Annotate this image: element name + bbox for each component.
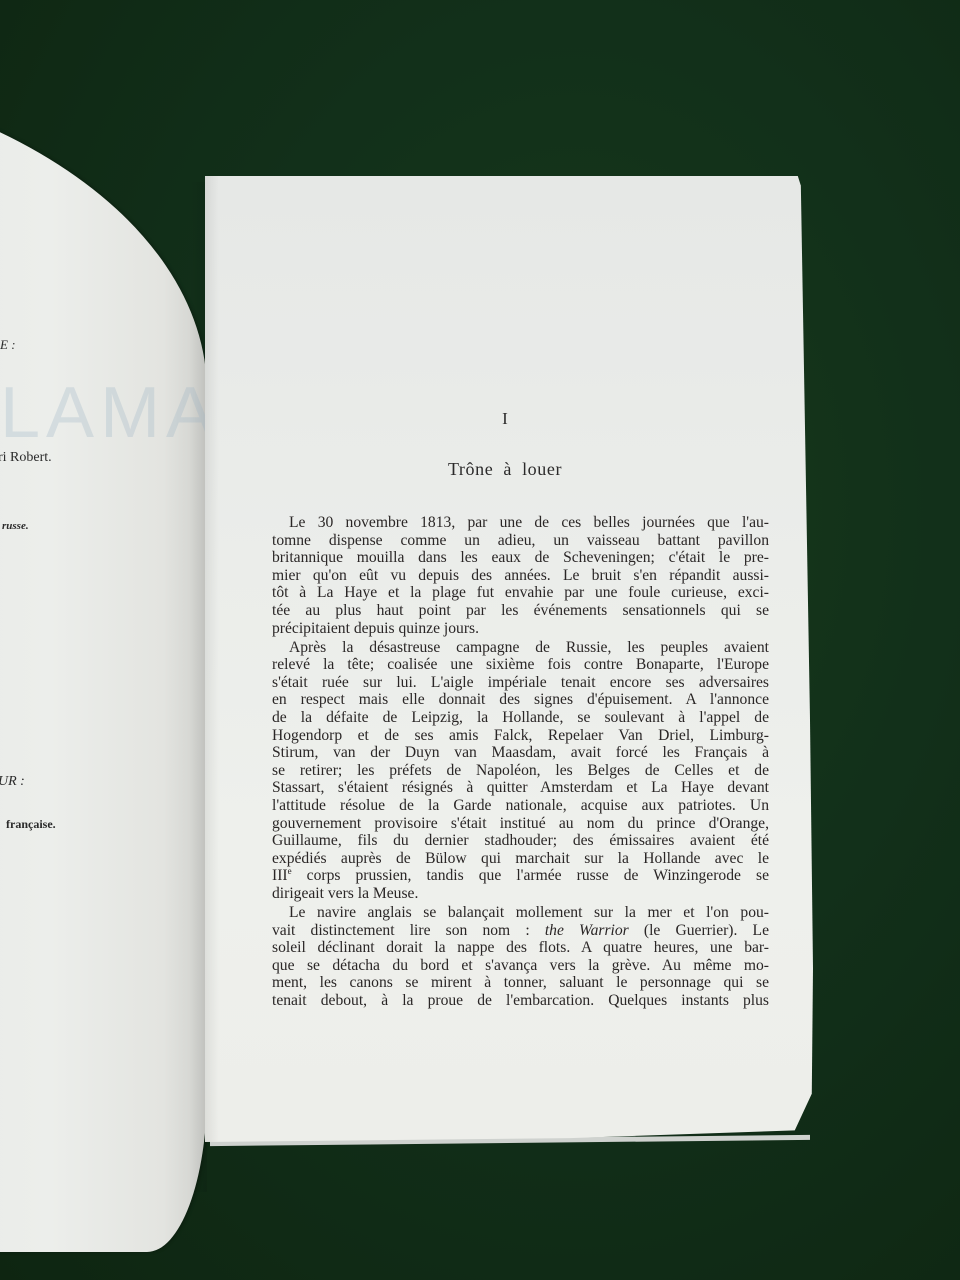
left-page-fragment-4: UR : — [0, 774, 25, 790]
ship-name: the Warrior — [545, 922, 629, 939]
text-line: gouvernement provisoire s'était institué… — [272, 815, 769, 833]
text-line: tôt à La Haye et la plage fut envahie pa… — [272, 584, 769, 602]
left-page-fragment-3: russe. — [2, 520, 29, 532]
paragraph-2: Après la désastreuse campagne de Russie,… — [272, 639, 769, 903]
line-rest: (le Guerrier). Le — [629, 922, 769, 939]
text-line: s'était ruée sur lui. L'aigle impériale … — [272, 674, 769, 692]
text-line: Après la désastreuse campagne de Russie,… — [272, 639, 769, 657]
roman-numeral: III — [272, 867, 288, 884]
text-line: que se détacha du bord et s'avança vers … — [272, 957, 769, 975]
text-line: de la défaite de Leipzig, la Hollande, s… — [272, 709, 769, 727]
right-page: I Trône à louer Le 30 novembre 1813, par… — [205, 176, 813, 1142]
text-line: ment, les canons se mirent à tonner, sal… — [272, 974, 769, 992]
text-line: Le 30 novembre 1813, par une de ces bell… — [272, 514, 769, 532]
text-line: Stirum, van der Duyn van Maasdam, avait … — [272, 744, 769, 762]
text-line: Le navire anglais se balançait mollement… — [272, 904, 769, 922]
left-page-fragment-2: ri Robert. — [0, 450, 52, 466]
chapter-body: Le 30 novembre 1813, par une de ces bell… — [272, 514, 769, 1010]
text-line: tée au plus haut point par les événement… — [272, 602, 769, 620]
text-line: britannique mouilla dans les eaux de Sch… — [272, 549, 769, 567]
left-page-fragment-5: française. — [6, 817, 56, 832]
left-page — [0, 62, 207, 1252]
text-line: relevé la tête; coalisée une sixième foi… — [272, 656, 769, 674]
text-line: tenait debout, à la proue de l'embarcati… — [272, 992, 769, 1010]
text-line: dirigeait vers la Meuse. — [272, 885, 769, 903]
chapter-title: Trône à louer — [201, 459, 809, 480]
line-start: vait distinctement lire son nom : — [272, 922, 545, 939]
text-line: en respect mais elle donnait des signes … — [272, 691, 769, 709]
text-line: soleil déclinant dorait la nappe des flo… — [272, 939, 769, 957]
chapter-number: I — [201, 409, 809, 429]
text-line: Hogendorp et de ses amis Falck, Repelaer… — [272, 727, 769, 745]
line-rest: corps prussien, tandis que l'armée russe… — [292, 867, 769, 884]
spine-shadow — [205, 176, 219, 1142]
gutter-shadow — [189, 182, 207, 1192]
text-line: se retirer; les préfets de Napoléon, les… — [272, 762, 769, 780]
text-line: IIIe corps prussien, tandis que l'armée … — [272, 867, 769, 885]
text-line: mier qu'on eût vu depuis des années. Le … — [272, 567, 769, 585]
paragraph-3: Le navire anglais se balançait mollement… — [272, 904, 769, 1010]
text-line: précipitaient depuis quinze jours. — [272, 620, 769, 638]
text-line: Stassart, s'étaient résignés à quitter A… — [272, 779, 769, 797]
text-line: Guillaume, fils du dernier stadhouder; d… — [272, 832, 769, 850]
text-line: expédiés auprès de Bülow qui marchait su… — [272, 850, 769, 868]
paragraph-1: Le 30 novembre 1813, par une de ces bell… — [272, 514, 769, 637]
text-line: tomne dispense comme un adieu, un vaisse… — [272, 532, 769, 550]
text-line: l'attitude résolue de la Garde nationale… — [272, 797, 769, 815]
left-page-fragment-1: E : — [0, 337, 16, 353]
text-line: vait distinctement lire son nom : the Wa… — [272, 922, 769, 940]
